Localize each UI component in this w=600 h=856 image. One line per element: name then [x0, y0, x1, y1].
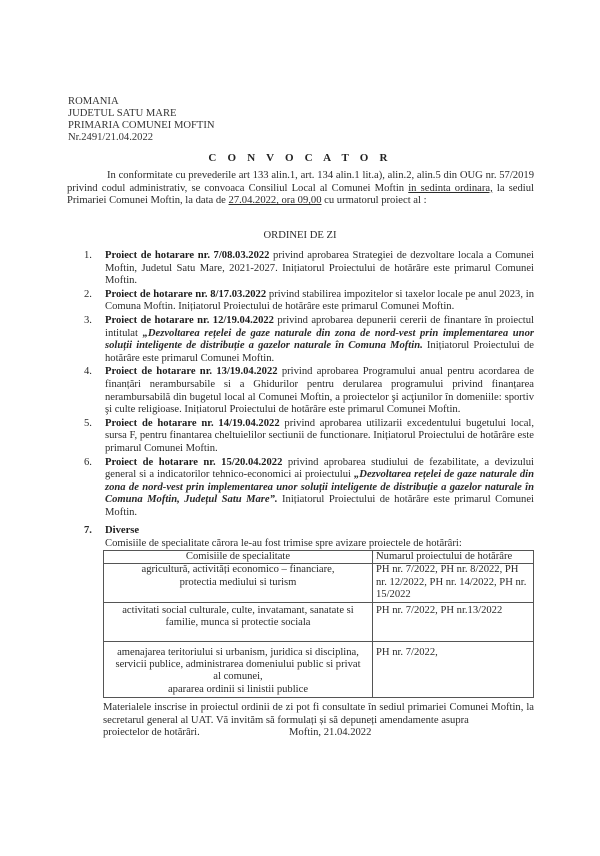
column-header-commissions: Comisiile de specialitate	[104, 551, 373, 564]
agenda-item-title: Proiect de hotarare nr. 8/17.03.2022	[105, 289, 266, 300]
agenda-item: 2. Proiect de hotarare nr. 8/17.03.2022 …	[84, 289, 534, 314]
closing-paragraph: Materialele inscrise in proiectul ordini…	[103, 702, 534, 740]
closing-text-end: proiectelor de hotărâri.	[103, 727, 289, 740]
agenda-item-diverse: 7. Diverse Comisiile de specialitate căr…	[84, 525, 534, 550]
header-country: ROMANIA	[68, 96, 215, 108]
commission-line: protectia mediului si turism	[107, 577, 369, 589]
intro-paragraph: In conformitate cu prevederile art 133 a…	[67, 170, 534, 208]
commissions-table: Comisiile de specialitate Numarul proiec…	[103, 550, 534, 698]
agenda-item-title: Proiect de hotarare nr. 12/19.04.2022	[105, 315, 274, 326]
agenda-item-number: 3.	[84, 315, 92, 328]
commission-line: activitati social culturale, culte, inva…	[107, 605, 369, 617]
agenda-item-number: 5.	[84, 418, 92, 431]
agenda-item-title: Proiect de hotarare nr. 14/19.04.2022	[105, 418, 280, 429]
agenda-item-number: 1.	[84, 250, 92, 263]
closing-text: Materialele inscrise in proiectul ordini…	[103, 702, 534, 727]
document-title: C O N V O C A T O R	[0, 152, 600, 165]
intro-text-3: cu urmatorul proiect al :	[322, 195, 427, 206]
commission-cell: agricultură, activități economico – fina…	[104, 564, 373, 602]
table-header-row: Comisiile de specialitate Numarul proiec…	[104, 551, 534, 564]
column-header-project-numbers: Numarul proiectului de hotărâre	[373, 551, 534, 564]
diverse-heading: Diverse	[105, 525, 139, 536]
agenda-item-title: Proiect de hotarare nr. 15/20.04.2022	[105, 457, 282, 468]
commission-cell: amenajarea teritoriului si urbanism, jur…	[104, 641, 373, 697]
table-row: activitati social culturale, culte, inva…	[104, 602, 534, 641]
projects-cell: PH nr. 7/2022, PH nr.13/2022	[373, 602, 534, 641]
agenda-item: 3. Proiect de hotarare nr. 12/19.04.2022…	[84, 315, 534, 365]
commission-line: al comunei,	[107, 671, 369, 683]
header-registration-number: Nr.2491/21.04.2022	[68, 132, 215, 144]
document-page: ROMANIA JUDETUL SATU MARE PRIMARIA COMUN…	[0, 0, 600, 856]
intro-date-time: 27.04.2022, ora 09,00	[229, 195, 322, 206]
header-institution: PRIMARIA COMUNEI MOFTIN	[68, 120, 215, 132]
agenda-heading: ORDINEI DE ZI	[0, 230, 600, 243]
intro-session-type: in sedinta ordinara,	[408, 183, 493, 194]
table-row: agricultură, activități economico – fina…	[104, 564, 534, 602]
projects-cell: PH nr. 7/2022, PH nr. 8/2022, PH nr. 12/…	[373, 564, 534, 602]
agenda-item: 1. Proiect de hotarare nr. 7/08.03.2022 …	[84, 250, 534, 288]
commission-line: servicii publice, administrarea domeniul…	[107, 659, 369, 671]
header-county: JUDETUL SATU MARE	[68, 108, 215, 120]
agenda-item-title: Proiect de hotarare nr. 13/19.04.2022	[105, 366, 278, 377]
agenda-item: 5. Proiect de hotarare nr. 14/19.04.2022…	[84, 418, 534, 456]
agenda-item-number: 6.	[84, 457, 92, 470]
agenda-item: 4. Proiect de hotarare nr. 13/19.04.2022…	[84, 366, 534, 416]
agenda-list: 1. Proiect de hotarare nr. 7/08.03.2022 …	[84, 250, 534, 552]
commission-line: familie, munca si protectie sociala	[107, 617, 369, 629]
table-row: amenajarea teritoriului si urbanism, jur…	[104, 641, 534, 697]
commission-line: amenajarea teritoriului si urbanism, jur…	[107, 647, 369, 659]
agenda-item-title: Proiect de hotarare nr. 7/08.03.2022	[105, 250, 269, 261]
projects-cell: PH nr. 7/2022,	[373, 641, 534, 697]
commission-cell: activitati social culturale, culte, inva…	[104, 602, 373, 641]
agenda-item: 6. Proiect de hotarare nr. 15/20.04.2022…	[84, 457, 534, 520]
agenda-item-number: 4.	[84, 366, 92, 379]
document-header: ROMANIA JUDETUL SATU MARE PRIMARIA COMUN…	[68, 96, 215, 144]
agenda-item-number: 2.	[84, 289, 92, 302]
diverse-intro: Comisiile de specialitate cărora le-au f…	[105, 538, 534, 551]
commission-line: agricultură, activități economico – fina…	[107, 564, 369, 576]
agenda-item-number: 7.	[84, 525, 92, 538]
commission-line: apararea ordinii si linistii publice	[107, 684, 369, 696]
place-and-date: Moftin, 21.04.2022	[289, 727, 371, 740]
